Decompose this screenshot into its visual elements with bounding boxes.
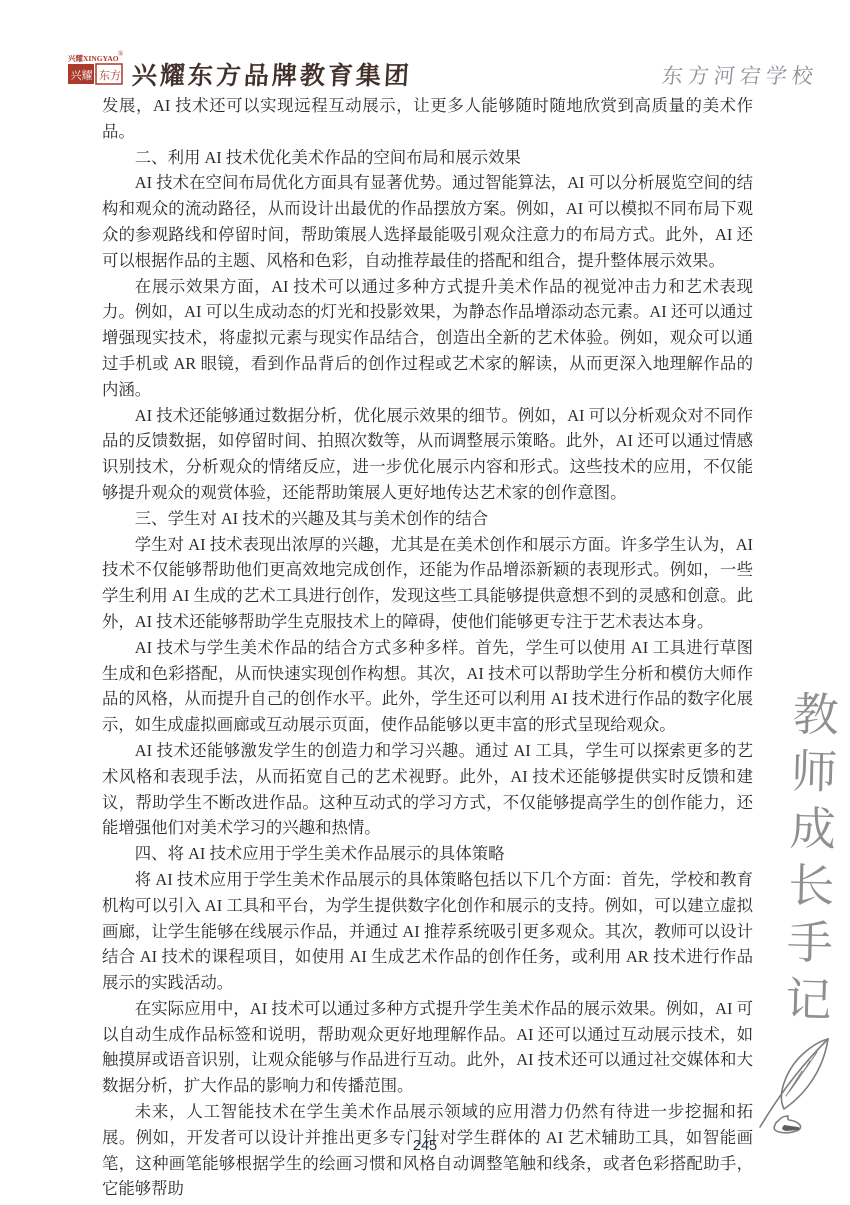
watermark-calligraphy: 教师成长手记 — [782, 689, 837, 1032]
paragraph: 发展，AI 技术还可以实现远程互动展示，让更多人能够随时随地欣赏到高质量的美术作… — [102, 93, 753, 145]
brand-title: 兴耀东方品牌教育集团 — [131, 56, 413, 92]
page-header: 兴耀XINGYAO ® 兴耀 东方 兴耀东方品牌教育集团 东方河宕学校 — [0, 0, 850, 96]
document-page: 兴耀XINGYAO ® 兴耀 东方 兴耀东方品牌教育集团 东方河宕学校 发展，A… — [0, 0, 850, 1205]
section-heading: 四、将 AI 技术应用于学生美术作品展示的具体策略 — [102, 841, 753, 867]
logo-top-text: 兴耀XINGYAO — [68, 53, 119, 63]
paragraph: AI 技术还能够激发学生的创造力和学习兴趣。通过 AI 工具，学生可以探索更多的… — [102, 738, 753, 841]
quill-ink-icon — [744, 1035, 836, 1139]
section-heading: 二、利用 AI 技术优化美术作品的空间布局和展示效果 — [102, 145, 753, 171]
paragraph: 在展示效果方面，AI 技术可以通过多种方式提升美术作品的视觉冲击力和艺术表现力。… — [102, 274, 753, 403]
paragraph: AI 技术与学生美术作品的结合方式多种多样。首先，学生可以使用 AI 工具进行草… — [102, 635, 753, 738]
section-heading: 三、学生对 AI 技术的兴趣及其与美术创作的结合 — [102, 506, 753, 532]
paragraph: 将 AI 技术应用于学生美术作品展示的具体策略包括以下几个方面：首先，学校和教育… — [102, 867, 753, 996]
paragraph: 在实际应用中，AI 技术可以通过多种方式提升学生美术作品的展示效果。例如，AI … — [102, 996, 753, 1099]
paragraph: 学生对 AI 技术表现出浓厚的兴趣，尤其是在美术创作和展示方面。许多学生认为，A… — [102, 532, 753, 635]
logo-seal-right-text: 东方 — [99, 68, 121, 82]
paragraph: AI 技术还能够通过数据分析，优化展示效果的细节。例如，AI 可以分析观众对不同… — [102, 403, 753, 506]
document-body: 发展，AI 技术还可以实现远程互动展示，让更多人能够随时随地欣赏到高质量的美术作… — [102, 93, 753, 1202]
page-footer: 245 — [0, 1138, 850, 1154]
paragraph: AI 技术在空间布局优化方面具有显著优势。通过智能算法，AI 可以分析展览空间的… — [102, 170, 753, 273]
school-name: 东方河宕学校 — [660, 60, 819, 90]
logo-seal-left-text: 兴耀 — [71, 68, 93, 82]
registered-mark: ® — [118, 50, 124, 58]
page-number: 245 — [413, 1138, 437, 1154]
brand-logo-stamp-icon: 兴耀XINGYAO ® 兴耀 东方 — [66, 48, 126, 94]
